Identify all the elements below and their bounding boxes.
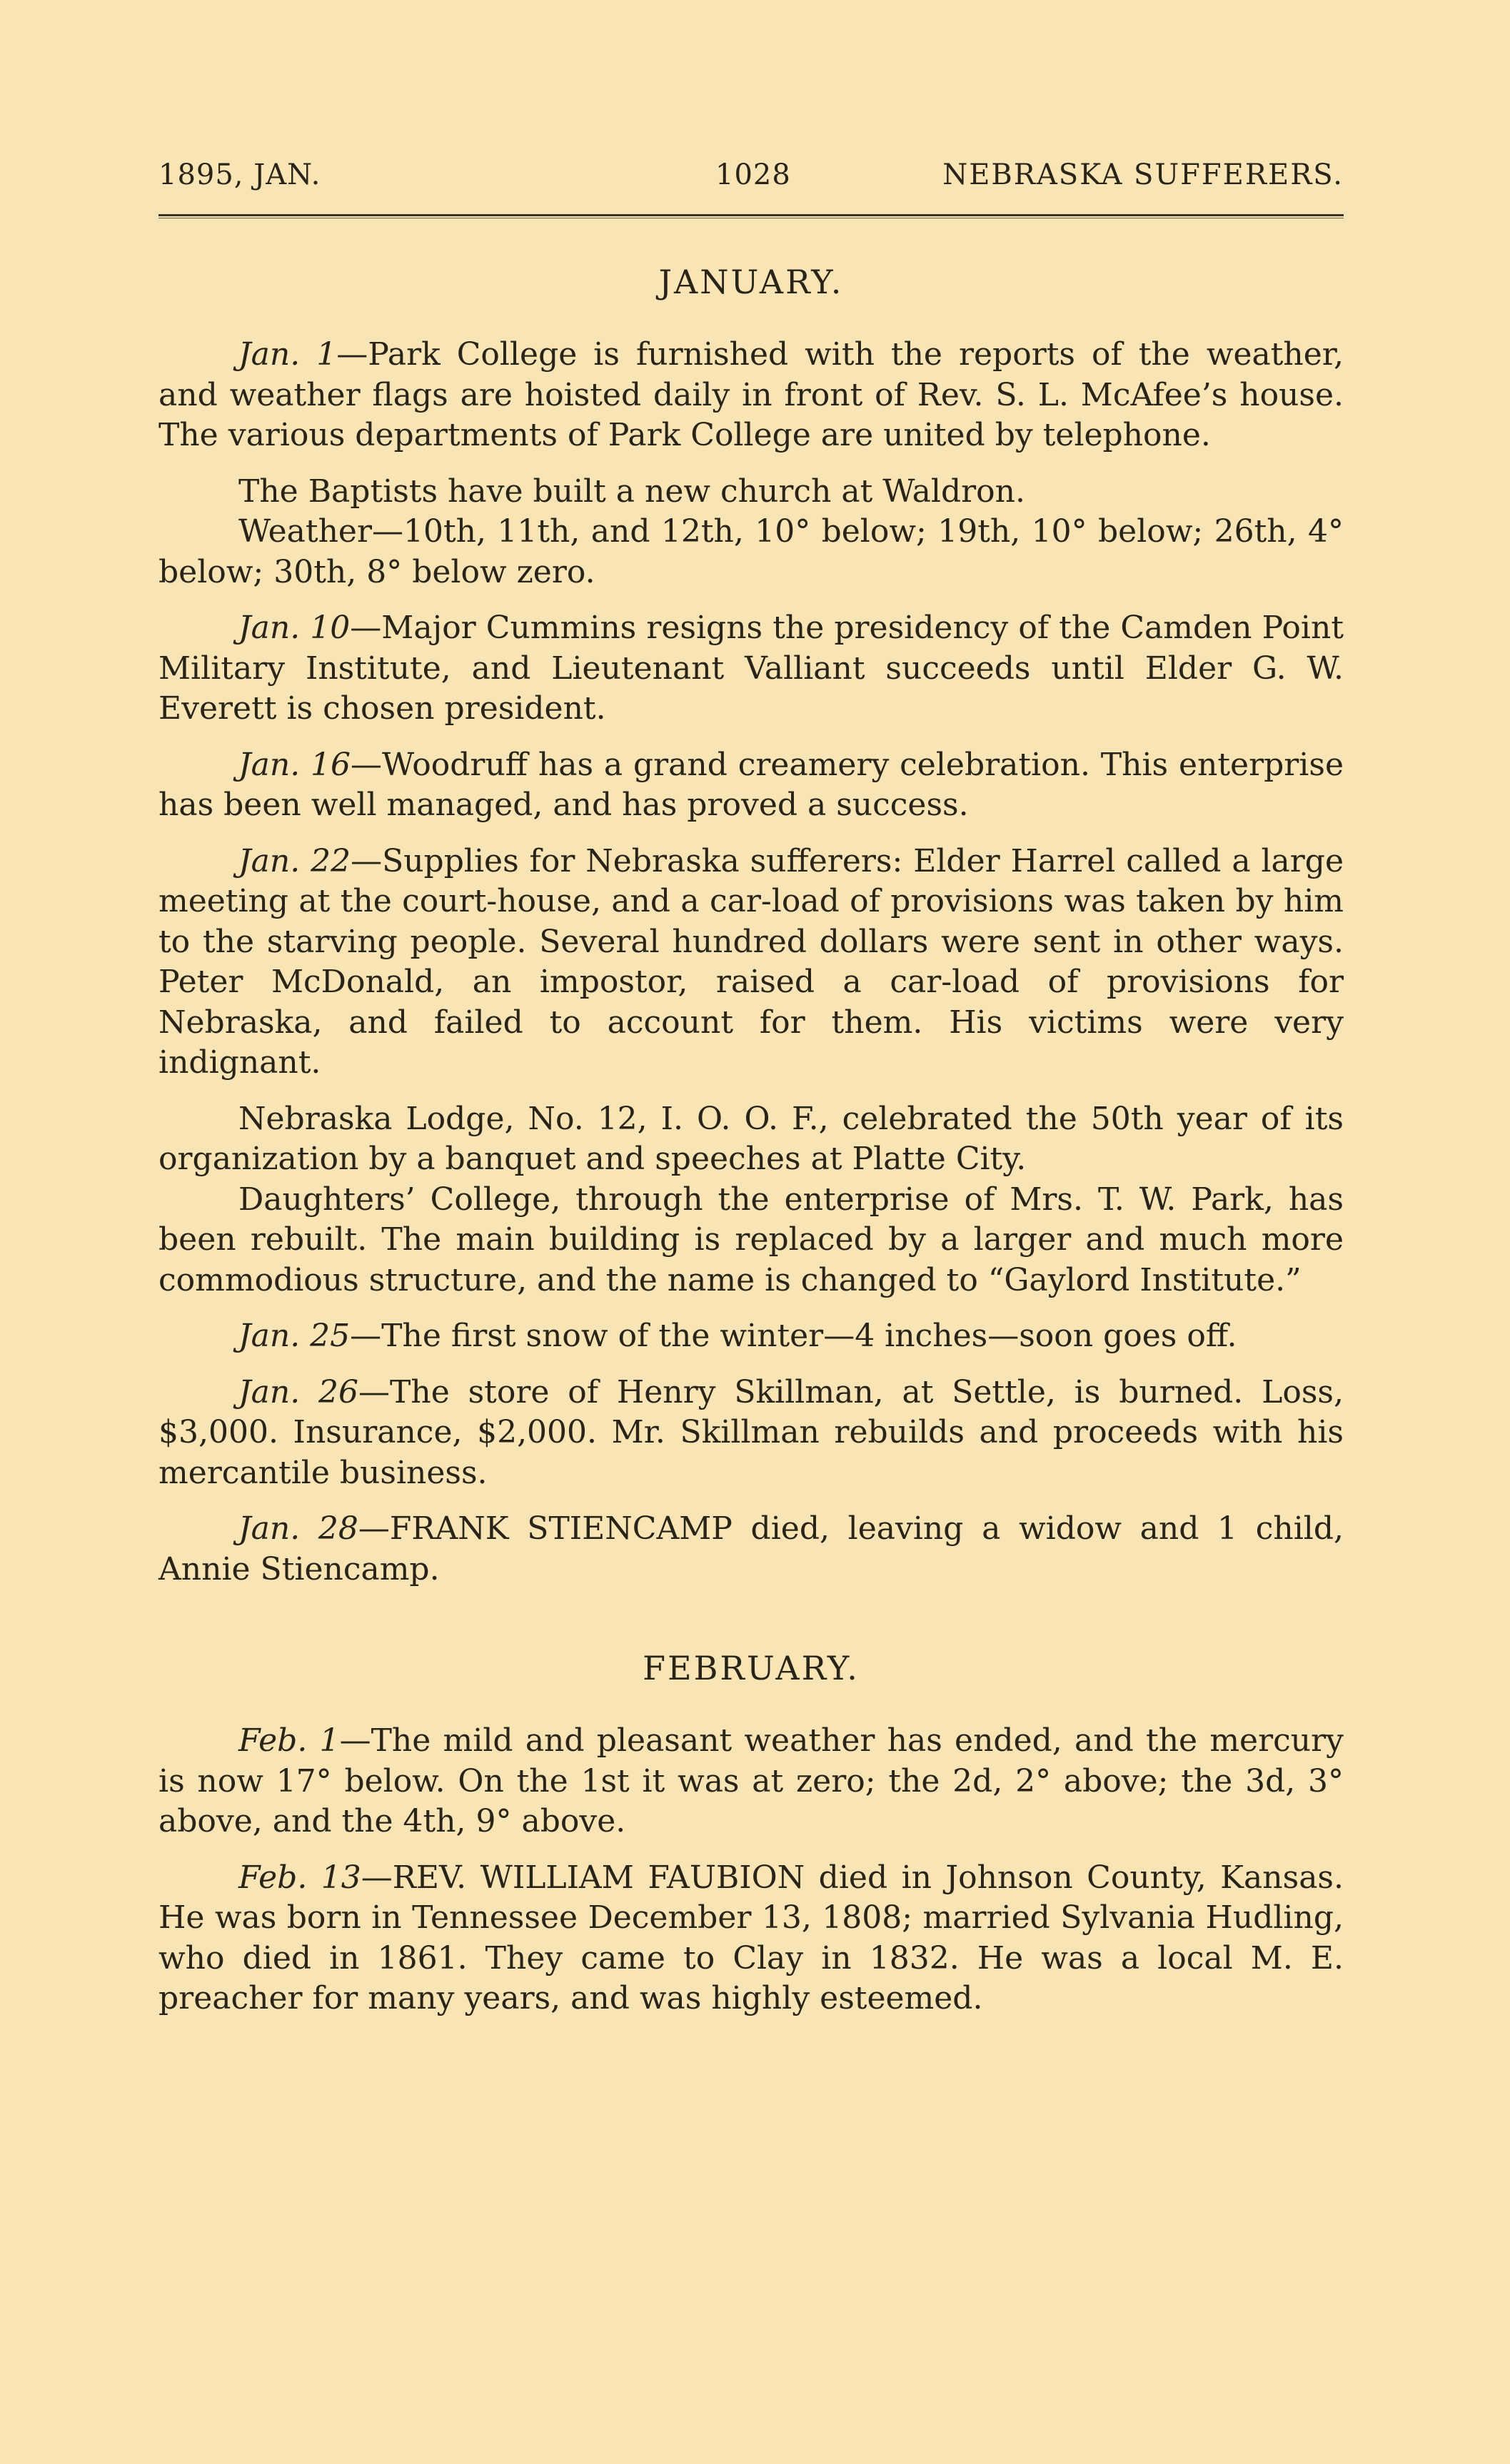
entry-date: Jan. 26 [238, 1374, 358, 1410]
entry-feb-1: Feb. 1—The mild and pleasant weather has… [158, 1721, 1344, 1842]
page-number: 1028 [715, 158, 791, 191]
entry-baptists-church: The Baptists have built a new church at … [158, 472, 1344, 513]
running-head: 1895, JAN. 1028 NEBRASKA SUFFERERS. [158, 158, 1344, 201]
entry-jan-16: Jan. 16—Woodruff has a grand creamery ce… [158, 745, 1344, 826]
entry-feb-13: Feb. 13—REV. WILLIAM FAUBION died in Joh… [158, 1858, 1344, 2019]
entry-text: Weather—10th, 11th, and 12th, 10° below;… [158, 513, 1344, 590]
section-heading-january: JANUARY. [158, 261, 1344, 303]
entry-jan-25: Jan. 25—The first snow of the winter—4 i… [158, 1316, 1344, 1357]
entry-date: Feb. 1 [238, 1722, 340, 1759]
entry-daughters-college: Daughters’ College, through the enterpri… [158, 1180, 1344, 1301]
entry-date: Jan. 10 [238, 610, 350, 646]
entry-text: Daughters’ College, through the enterpri… [158, 1181, 1344, 1298]
entry-date: Jan. 16 [238, 747, 351, 783]
entry-date: Jan. 1 [238, 336, 336, 373]
entry-text: —The first snow of the winter—4 inches—s… [350, 1318, 1237, 1354]
entry-jan-10: Jan. 10—Major Cummins resigns the presid… [158, 608, 1344, 729]
entry-date: Jan. 28 [238, 1510, 358, 1547]
page-body: JANUARY. Jan. 1—Park College is furnishe… [158, 261, 1344, 2019]
running-head-date: 1895, JAN. [158, 158, 321, 191]
entry-jan-26: Jan. 26—The store of Henry Skillman, at … [158, 1373, 1344, 1494]
entry-jan-28: Jan. 28—FRANK STIENCAMP died, leaving a … [158, 1509, 1344, 1590]
entry-nebraska-lodge: Nebraska Lodge, No. 12, I. O. O. F., cel… [158, 1099, 1344, 1180]
running-head-title: NEBRASKA SUFFERERS. [942, 158, 1344, 191]
header-rule [158, 214, 1344, 218]
entry-weather-january: Weather—10th, 11th, and 12th, 10° below;… [158, 512, 1344, 592]
section-heading-february: FEBRUARY. [158, 1647, 1344, 1690]
entry-date: Jan. 22 [238, 843, 351, 879]
entry-jan-22: Jan. 22—Supplies for Nebraska sufferers:… [158, 842, 1344, 1084]
entry-text: The Baptists have built a new church at … [238, 473, 1025, 510]
entry-date: Jan. 25 [238, 1318, 350, 1354]
entry-date: Feb. 13 [238, 1859, 361, 1896]
entry-text: Nebraska Lodge, No. 12, I. O. O. F., cel… [158, 1101, 1344, 1178]
entry-text: —Park College is furnished with the repo… [158, 336, 1344, 453]
entry-jan-1: Jan. 1—Park College is furnished with th… [158, 335, 1344, 456]
